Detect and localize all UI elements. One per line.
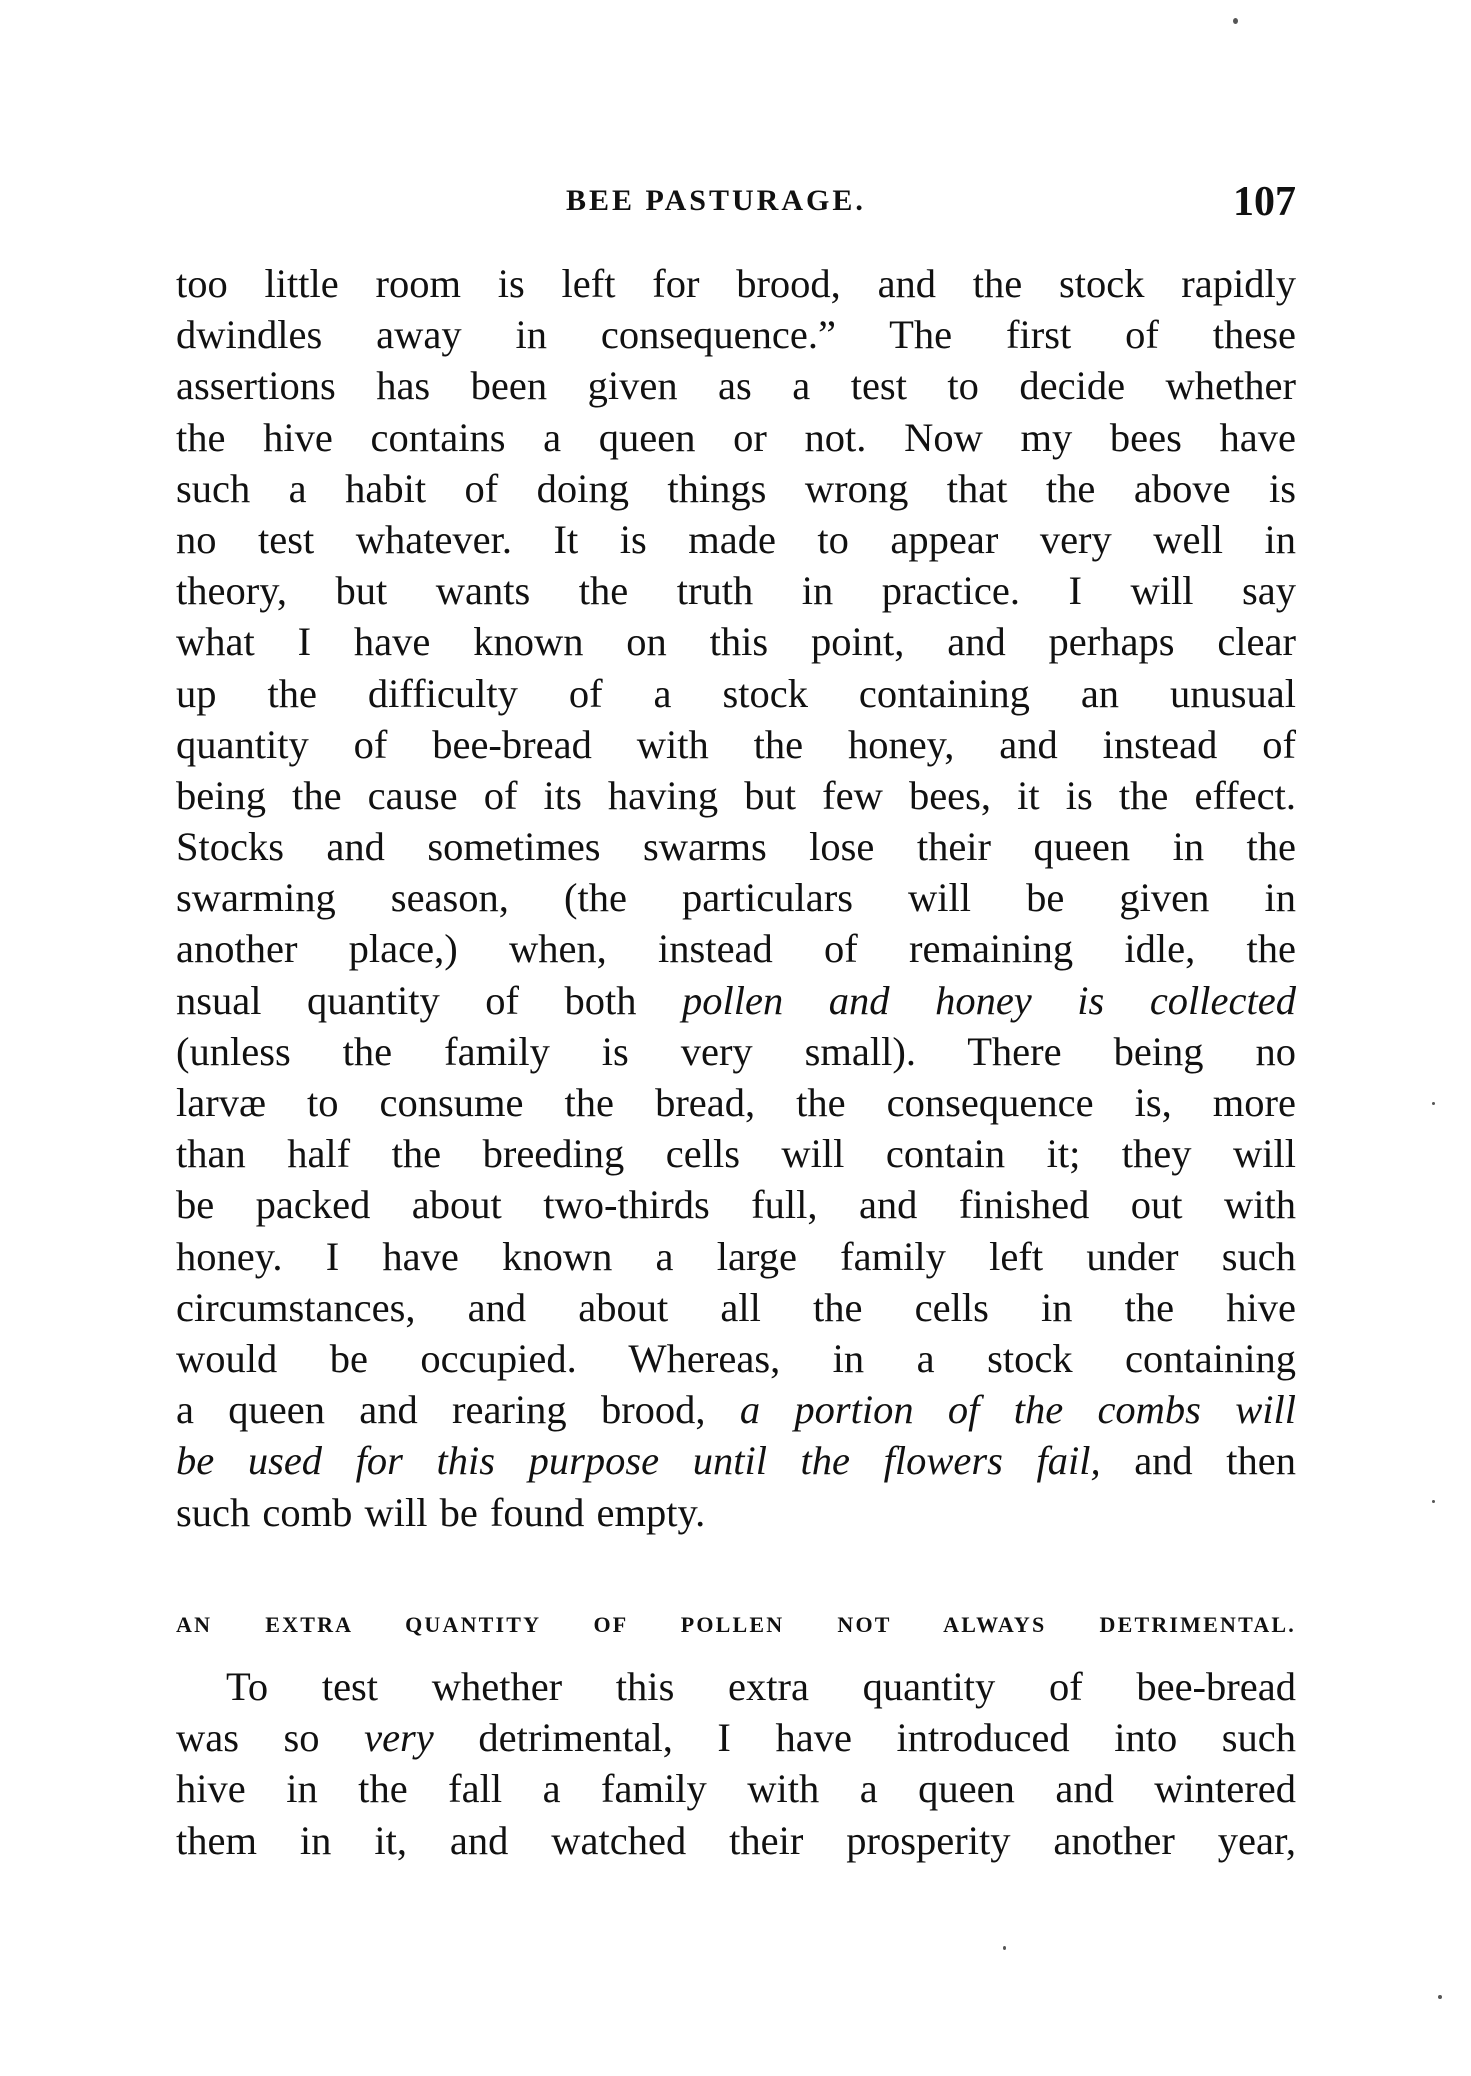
book-page: BEE PASTURAGE. 107 too little room is le… [0, 0, 1471, 2076]
text-run: what I have known on this point, and per… [176, 619, 1296, 664]
text-line: honey. I have known a large family left … [176, 1231, 1296, 1282]
body-paragraph-1: too little room is left for brood, and t… [176, 258, 1296, 1538]
text-run: being the cause of its having but few be… [176, 773, 1296, 818]
text-line: the hive contains a queen or not. Now my… [176, 412, 1296, 463]
text-run: circumstances, and about all the cells i… [176, 1285, 1296, 1330]
text-line: a queen and rearing brood, a portion of … [176, 1384, 1296, 1435]
text-line: circumstances, and about all the cells i… [176, 1282, 1296, 1333]
text-run: and then [1101, 1438, 1296, 1483]
text-line: such a habit of doing things wrong that … [176, 463, 1296, 514]
text-line: swarming season, (the particulars will b… [176, 872, 1296, 923]
text-run: detrimental, I have introduced into such [434, 1715, 1296, 1760]
body-paragraph-2: To test whether this extra quantity of b… [176, 1661, 1296, 1866]
section-heading: AN EXTRA QUANTITY OF POLLEN NOT ALWAYS D… [176, 1612, 1296, 1638]
text-line: (unless the family is very small). There… [176, 1026, 1296, 1077]
text-line: would be occupied. Whereas, in a stock c… [176, 1333, 1296, 1384]
text-line: being the cause of its having but few be… [176, 770, 1296, 821]
text-line: another place,) when, instead of remaini… [176, 923, 1296, 974]
text-run: honey. I have known a large family left … [176, 1234, 1296, 1279]
text-run: was so [176, 1715, 364, 1760]
text-run: the hive contains a queen or not. Now my… [176, 415, 1296, 460]
scan-speck [1233, 18, 1238, 24]
text-run: To test whether this extra quantity of b… [226, 1664, 1296, 1709]
page-number: 107 [1233, 178, 1296, 226]
text-line: too little room is left for brood, and t… [176, 258, 1296, 309]
text-run: quantity of bee-bread with the honey, an… [176, 722, 1296, 767]
text-run: dwindles away in consequence.” The first… [176, 312, 1296, 357]
text-line: assertions has been given as a test to d… [176, 360, 1296, 411]
italic-text: a portion of the combs will [740, 1387, 1296, 1432]
text-run: assertions has been given as a test to d… [176, 363, 1296, 408]
text-run: larvæ to consume the bread, the conseque… [176, 1080, 1296, 1125]
text-line: up the difficulty of a stock containing … [176, 668, 1296, 719]
text-line: theory, but wants the truth in practice.… [176, 565, 1296, 616]
text-line: To test whether this extra quantity of b… [176, 1661, 1296, 1712]
text-run: would be occupied. Whereas, in a stock c… [176, 1336, 1296, 1381]
text-run: swarming season, (the particulars will b… [176, 875, 1296, 920]
text-line: such comb will be found empty. [176, 1487, 1296, 1538]
text-line: than half the breeding cells will contai… [176, 1128, 1296, 1179]
italic-text: pollen and honey is collected [682, 978, 1296, 1023]
text-run: hive in the fall a family with a queen a… [176, 1766, 1296, 1811]
text-run: than half the breeding cells will contai… [176, 1131, 1296, 1176]
italic-text: very [364, 1715, 434, 1760]
text-run: a queen and rearing brood, [176, 1387, 740, 1432]
text-line: was so very detrimental, I have introduc… [176, 1712, 1296, 1763]
text-run: such a habit of doing things wrong that … [176, 466, 1296, 511]
text-run: nsual quantity of both [176, 978, 682, 1023]
scan-speck [1438, 1995, 1442, 1999]
text-line: hive in the fall a family with a queen a… [176, 1763, 1296, 1814]
text-run: Stocks and sometimes swarms lose their q… [176, 824, 1296, 869]
text-line: be used for this purpose until the flowe… [176, 1435, 1296, 1486]
text-run: (unless the family is very small). There… [176, 1029, 1296, 1074]
text-line: Stocks and sometimes swarms lose their q… [176, 821, 1296, 872]
scan-speck [1432, 1500, 1435, 1503]
text-line: larvæ to consume the bread, the conseque… [176, 1077, 1296, 1128]
text-line: dwindles away in consequence.” The first… [176, 309, 1296, 360]
text-run: them in it, and watched their prosperity… [176, 1818, 1296, 1863]
text-line: what I have known on this point, and per… [176, 616, 1296, 667]
scan-speck [1432, 1102, 1435, 1105]
text-run: another place,) when, instead of remaini… [176, 926, 1296, 971]
text-run: be packed about two-thirds full, and fin… [176, 1182, 1296, 1227]
text-run: theory, but wants the truth in practice.… [176, 568, 1296, 613]
text-line: quantity of bee-bread with the honey, an… [176, 719, 1296, 770]
text-run: such comb will be found empty. [176, 1490, 705, 1535]
italic-text: be used for this purpose until the flowe… [176, 1438, 1101, 1483]
text-line: nsual quantity of both pollen and honey … [176, 975, 1296, 1026]
running-title: BEE PASTURAGE. [566, 184, 866, 218]
scan-speck [1003, 1946, 1006, 1950]
text-line: no test whatever. It is made to appear v… [176, 514, 1296, 565]
text-run: up the difficulty of a stock containing … [176, 671, 1296, 716]
text-run: no test whatever. It is made to appear v… [176, 517, 1296, 562]
running-head: BEE PASTURAGE. 107 [176, 178, 1296, 228]
text-line: be packed about two-thirds full, and fin… [176, 1179, 1296, 1230]
text-run: too little room is left for brood, and t… [176, 261, 1296, 306]
text-line: them in it, and watched their prosperity… [176, 1815, 1296, 1866]
